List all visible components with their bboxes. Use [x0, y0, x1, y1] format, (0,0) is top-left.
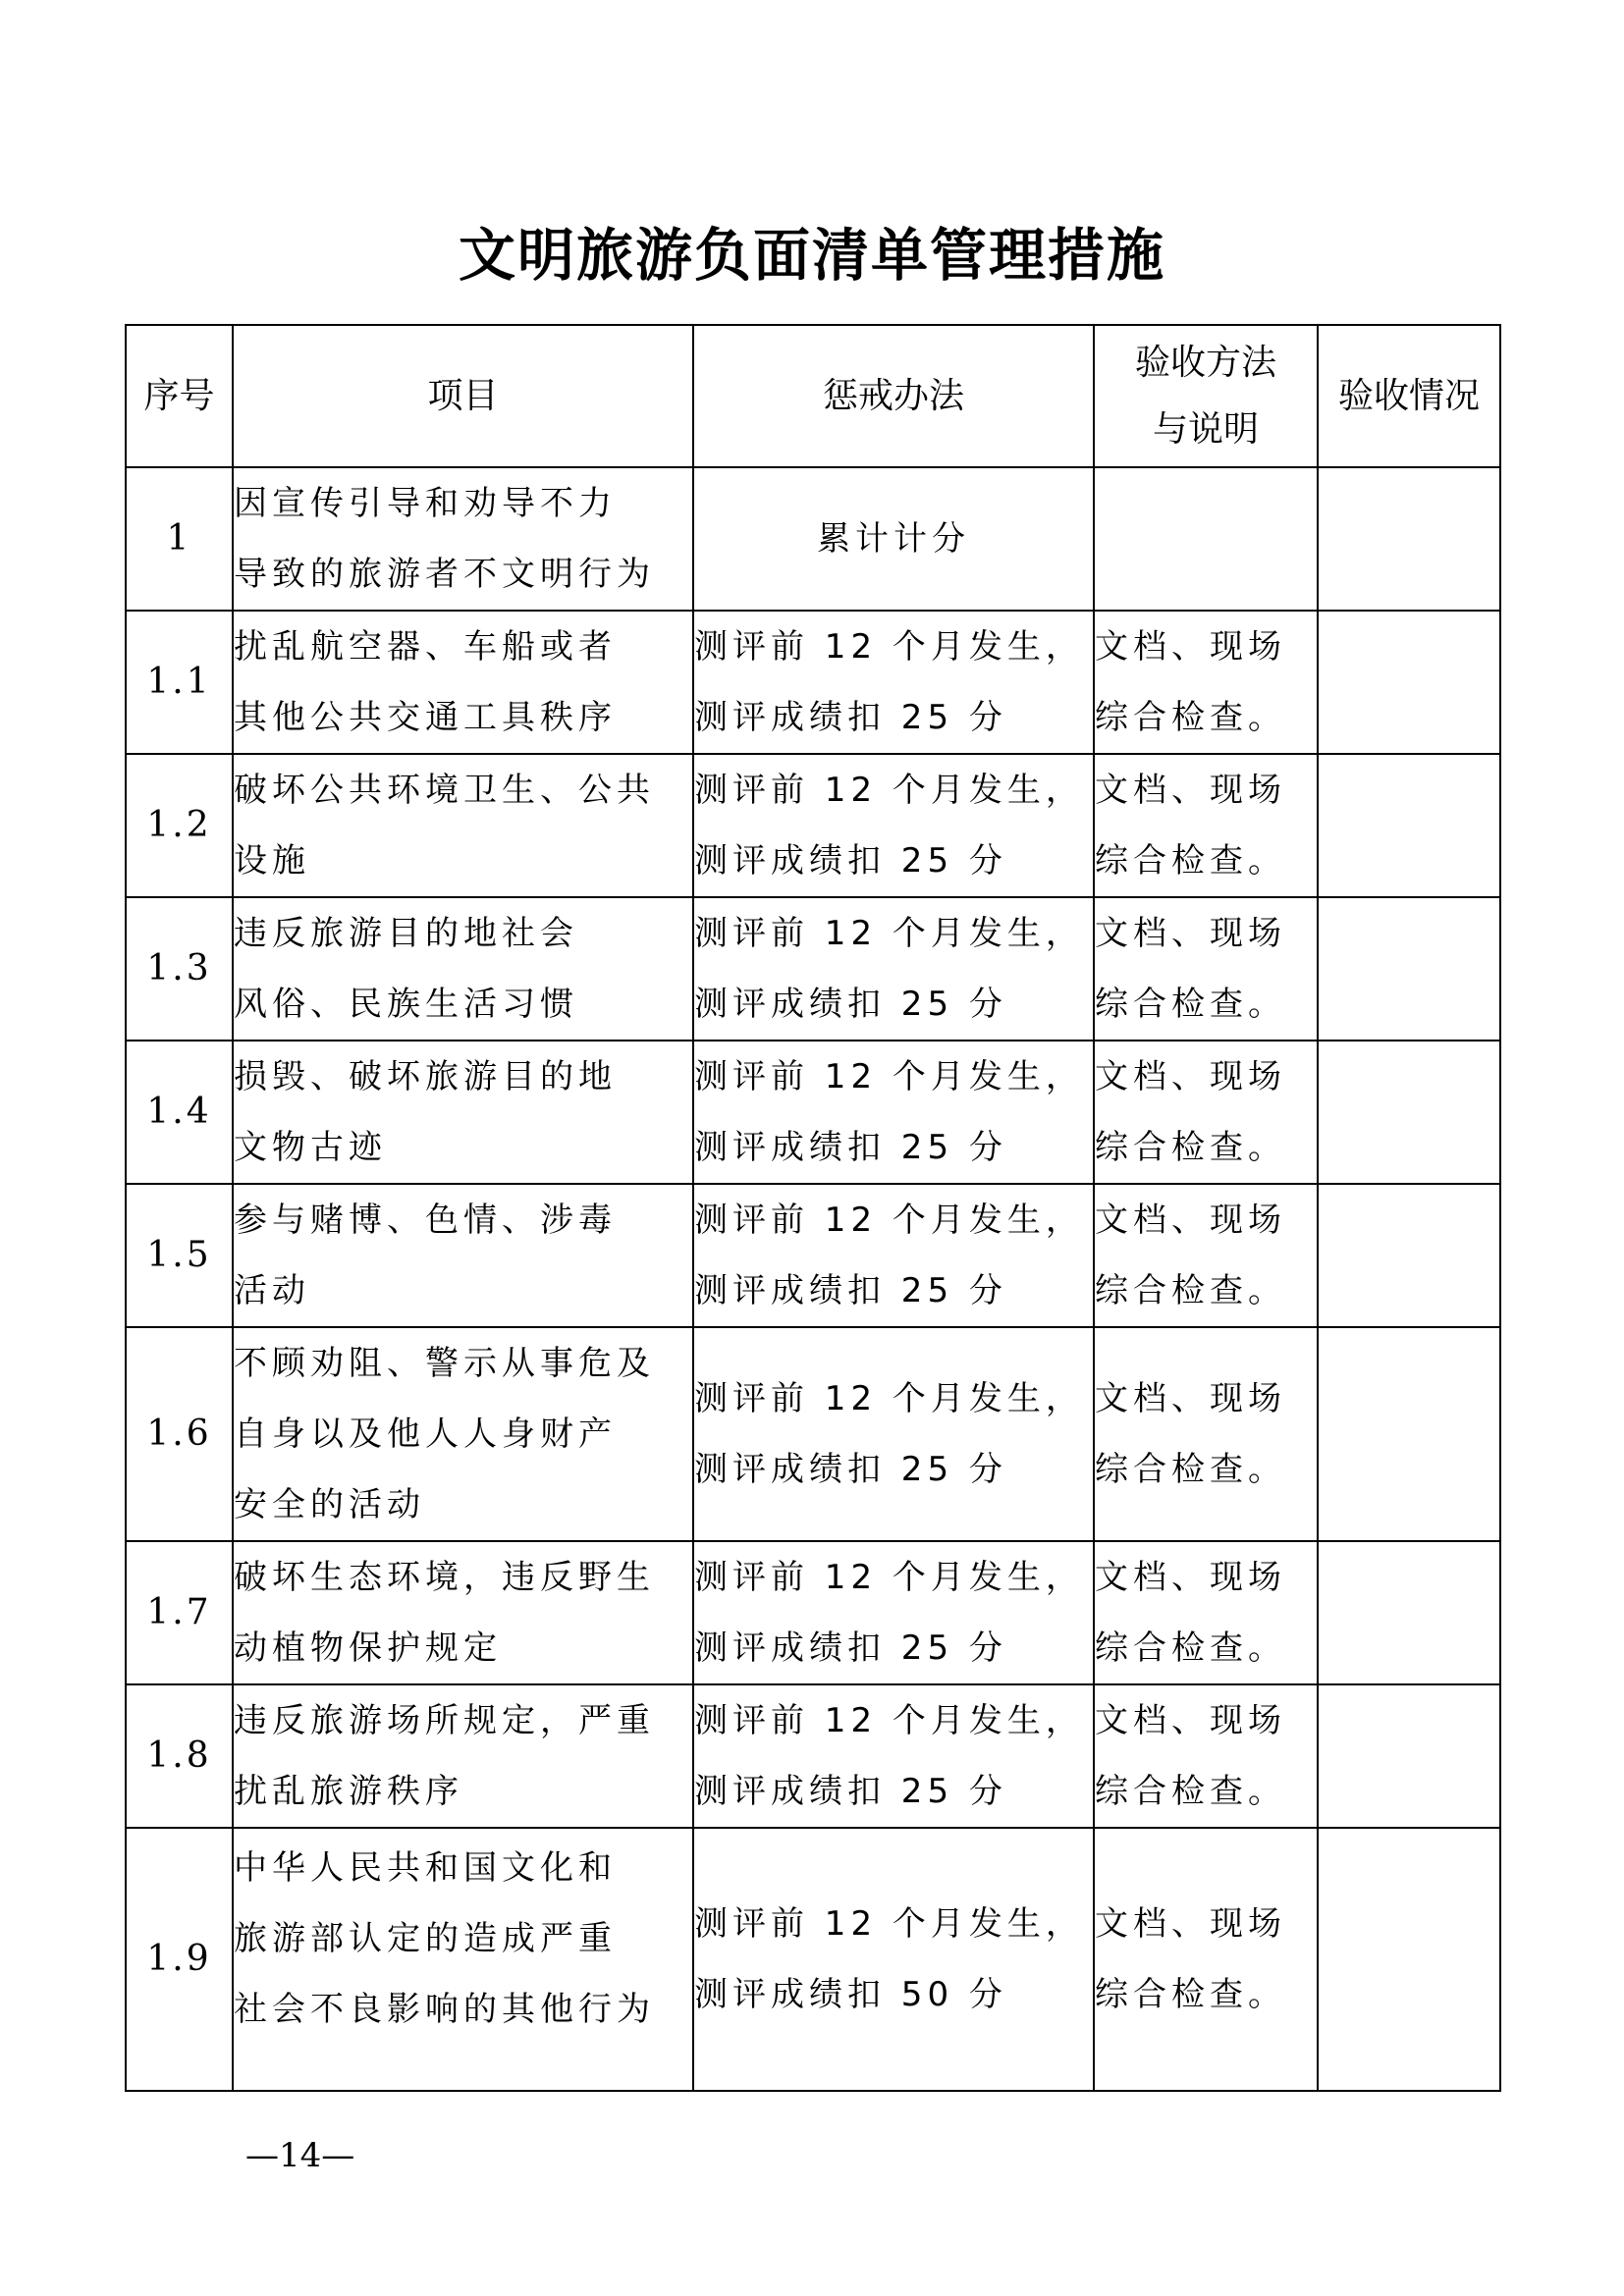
method-line: 文档、现场	[1095, 1041, 1317, 1112]
header-method: 验收方法 与说明	[1094, 325, 1318, 467]
row-status[interactable]	[1318, 467, 1500, 611]
table-row: 1.5 参与赌博、色情、涉毒 活动 测评前 12 个月发生， 测评成绩扣 25 …	[126, 1184, 1500, 1327]
row-item: 违反旅游场所规定，严重 扰乱旅游秩序	[233, 1684, 693, 1828]
item-line: 自身以及他人人身财产	[234, 1399, 692, 1469]
penalty-line: 测评前 12 个月发生，	[694, 1889, 1093, 1959]
method-line: 文档、现场	[1095, 755, 1317, 826]
row-penalty: 累计计分	[693, 467, 1094, 611]
item-line: 破坏公共环境卫生、公共	[234, 755, 692, 826]
method-line: 文档、现场	[1095, 1363, 1317, 1434]
row-item: 中华人民共和国文化和 旅游部认定的造成严重 社会不良影响的其他行为	[233, 1828, 693, 2091]
header-status: 验收情况	[1318, 325, 1500, 467]
row-penalty: 测评前 12 个月发生， 测评成绩扣 25 分	[693, 1041, 1094, 1184]
document-title: 文明旅游负面清单管理措施	[0, 218, 1624, 293]
item-line: 违反旅游场所规定，严重	[234, 1685, 692, 1756]
header-item: 项目	[233, 325, 693, 467]
row-no: 1.8	[126, 1684, 233, 1828]
row-method: 文档、现场 综合检查。	[1094, 1541, 1318, 1684]
table-header-row: 序号 项目 惩戒办法 验收方法 与说明 验收情况	[126, 325, 1500, 467]
item-line: 违反旅游目的地社会	[234, 898, 692, 969]
row-item: 参与赌博、色情、涉毒 活动	[233, 1184, 693, 1327]
row-method: 文档、现场 综合检查。	[1094, 1184, 1318, 1327]
item-line: 不顾劝阻、警示从事危及	[234, 1328, 692, 1399]
row-penalty: 测评前 12 个月发生， 测评成绩扣 25 分	[693, 897, 1094, 1041]
item-line: 参与赌博、色情、涉毒	[234, 1185, 692, 1255]
table-row: 1.4 损毁、破坏旅游目的地 文物古迹 测评前 12 个月发生， 测评成绩扣 2…	[126, 1041, 1500, 1184]
method-line: 综合检查。	[1095, 1613, 1317, 1683]
row-no: 1.7	[126, 1541, 233, 1684]
penalty-line: 测评成绩扣 25 分	[694, 1112, 1093, 1183]
row-item: 不顾劝阻、警示从事危及 自身以及他人人身财产 安全的活动	[233, 1327, 693, 1541]
item-line: 文物古迹	[234, 1112, 692, 1183]
penalty-line: 测评成绩扣 25 分	[694, 1255, 1093, 1326]
penalty-line: 累计计分	[694, 504, 1093, 574]
penalty-line: 测评前 12 个月发生，	[694, 1542, 1093, 1613]
table-row: 1.6 不顾劝阻、警示从事危及 自身以及他人人身财产 安全的活动 测评前 12 …	[126, 1327, 1500, 1541]
method-line: 综合检查。	[1095, 826, 1317, 896]
row-status[interactable]	[1318, 611, 1500, 754]
row-penalty: 测评前 12 个月发生， 测评成绩扣 25 分	[693, 1327, 1094, 1541]
row-method: 文档、现场 综合检查。	[1094, 1041, 1318, 1184]
method-line: 文档、现场	[1095, 1889, 1317, 1959]
row-no: 1.3	[126, 897, 233, 1041]
row-method: 文档、现场 综合检查。	[1094, 611, 1318, 754]
row-no: 1.4	[126, 1041, 233, 1184]
row-penalty: 测评前 12 个月发生， 测评成绩扣 25 分	[693, 754, 1094, 897]
method-line: 综合检查。	[1095, 682, 1317, 753]
row-item: 违反旅游目的地社会 风俗、民族生活习惯	[233, 897, 693, 1041]
row-penalty: 测评前 12 个月发生， 测评成绩扣 25 分	[693, 1684, 1094, 1828]
item-line: 扰乱旅游秩序	[234, 1756, 692, 1827]
method-line: 文档、现场	[1095, 1185, 1317, 1255]
item-line: 中华人民共和国文化和	[234, 1833, 692, 1903]
method-line: 文档、现场	[1095, 898, 1317, 969]
method-line: 综合检查。	[1095, 969, 1317, 1040]
row-status[interactable]	[1318, 754, 1500, 897]
row-status[interactable]	[1318, 1541, 1500, 1684]
negative-list-table: 序号 项目 惩戒办法 验收方法 与说明 验收情况 1 因宣传引导和劝导不力 导致…	[125, 324, 1501, 2092]
item-line: 活动	[234, 1255, 692, 1326]
table-row: 1.2 破坏公共环境卫生、公共 设施 测评前 12 个月发生， 测评成绩扣 25…	[126, 754, 1500, 897]
row-method: 文档、现场 综合检查。	[1094, 1327, 1318, 1541]
row-item: 扰乱航空器、车船或者 其他公共交通工具秩序	[233, 611, 693, 754]
item-line: 旅游部认定的造成严重	[234, 1903, 692, 1974]
item-line: 因宣传引导和劝导不力	[234, 468, 692, 539]
row-method	[1094, 467, 1318, 611]
row-method: 文档、现场 综合检查。	[1094, 1684, 1318, 1828]
item-line: 破坏生态环境，违反野生	[234, 1542, 692, 1613]
penalty-line: 测评成绩扣 25 分	[694, 1756, 1093, 1827]
row-no: 1.2	[126, 754, 233, 897]
penalty-line: 测评成绩扣 25 分	[694, 969, 1093, 1040]
table-row: 1 因宣传引导和劝导不力 导致的旅游者不文明行为 累计计分	[126, 467, 1500, 611]
method-line: 文档、现场	[1095, 1685, 1317, 1756]
row-status[interactable]	[1318, 1041, 1500, 1184]
row-method: 文档、现场 综合检查。	[1094, 897, 1318, 1041]
item-line: 设施	[234, 826, 692, 896]
penalty-line: 测评成绩扣 25 分	[694, 1434, 1093, 1505]
header-no: 序号	[126, 325, 233, 467]
table-row: 1.3 违反旅游目的地社会 风俗、民族生活习惯 测评前 12 个月发生， 测评成…	[126, 897, 1500, 1041]
item-line: 社会不良影响的其他行为	[234, 1974, 692, 2045]
method-line: 综合检查。	[1095, 1959, 1317, 2030]
method-line: 综合检查。	[1095, 1112, 1317, 1183]
penalty-line: 测评成绩扣 25 分	[694, 826, 1093, 896]
method-line: 综合检查。	[1095, 1255, 1317, 1326]
header-penalty: 惩戒办法	[693, 325, 1094, 467]
row-method: 文档、现场 综合检查。	[1094, 1828, 1318, 2091]
row-status[interactable]	[1318, 1828, 1500, 2091]
row-status[interactable]	[1318, 897, 1500, 1041]
row-no: 1.9	[126, 1828, 233, 2091]
header-method-line2: 与说明	[1095, 397, 1317, 463]
method-line: 文档、现场	[1095, 1542, 1317, 1613]
item-line: 动植物保护规定	[234, 1613, 692, 1683]
row-status[interactable]	[1318, 1184, 1500, 1327]
table-row: 1.7 破坏生态环境，违反野生 动植物保护规定 测评前 12 个月发生， 测评成…	[126, 1541, 1500, 1684]
row-no: 1.6	[126, 1327, 233, 1541]
row-item: 破坏生态环境，违反野生 动植物保护规定	[233, 1541, 693, 1684]
penalty-line: 测评前 12 个月发生，	[694, 1685, 1093, 1756]
penalty-line: 测评成绩扣 25 分	[694, 682, 1093, 753]
item-line: 导致的旅游者不文明行为	[234, 539, 692, 610]
penalty-line: 测评前 12 个月发生，	[694, 898, 1093, 969]
header-method-line1: 验收方法	[1095, 330, 1317, 397]
row-penalty: 测评前 12 个月发生， 测评成绩扣 50 分	[693, 1828, 1094, 2091]
row-penalty: 测评前 12 个月发生， 测评成绩扣 25 分	[693, 1184, 1094, 1327]
method-line: 文档、现场	[1095, 612, 1317, 682]
penalty-line: 测评成绩扣 25 分	[694, 1613, 1093, 1683]
row-status[interactable]	[1318, 1684, 1500, 1828]
row-no: 1	[126, 467, 233, 611]
table-body: 1 因宣传引导和劝导不力 导致的旅游者不文明行为 累计计分 1.1 扰乱航空器、…	[126, 467, 1500, 2091]
penalty-line: 测评前 12 个月发生，	[694, 612, 1093, 682]
page-number: —14—	[245, 2136, 354, 2175]
method-line: 综合检查。	[1095, 1434, 1317, 1505]
row-no: 1.5	[126, 1184, 233, 1327]
item-line: 扰乱航空器、车船或者	[234, 612, 692, 682]
table-row: 1.9 中华人民共和国文化和 旅游部认定的造成严重 社会不良影响的其他行为 测评…	[126, 1828, 1500, 2091]
row-item: 因宣传引导和劝导不力 导致的旅游者不文明行为	[233, 467, 693, 611]
row-item: 破坏公共环境卫生、公共 设施	[233, 754, 693, 897]
penalty-line: 测评前 12 个月发生，	[694, 1185, 1093, 1255]
row-method: 文档、现场 综合检查。	[1094, 754, 1318, 897]
penalty-line: 测评前 12 个月发生，	[694, 1363, 1093, 1434]
row-status[interactable]	[1318, 1327, 1500, 1541]
penalty-line: 测评前 12 个月发生，	[694, 755, 1093, 826]
item-line: 损毁、破坏旅游目的地	[234, 1041, 692, 1112]
item-line: 风俗、民族生活习惯	[234, 969, 692, 1040]
row-penalty: 测评前 12 个月发生， 测评成绩扣 25 分	[693, 1541, 1094, 1684]
table-row: 1.1 扰乱航空器、车船或者 其他公共交通工具秩序 测评前 12 个月发生， 测…	[126, 611, 1500, 754]
table-row: 1.8 违反旅游场所规定，严重 扰乱旅游秩序 测评前 12 个月发生， 测评成绩…	[126, 1684, 1500, 1828]
penalty-line: 测评成绩扣 50 分	[694, 1959, 1093, 2030]
penalty-line: 测评前 12 个月发生，	[694, 1041, 1093, 1112]
row-no: 1.1	[126, 611, 233, 754]
item-line: 安全的活动	[234, 1469, 692, 1540]
method-line: 综合检查。	[1095, 1756, 1317, 1827]
row-item: 损毁、破坏旅游目的地 文物古迹	[233, 1041, 693, 1184]
row-penalty: 测评前 12 个月发生， 测评成绩扣 25 分	[693, 611, 1094, 754]
item-line: 其他公共交通工具秩序	[234, 682, 692, 753]
